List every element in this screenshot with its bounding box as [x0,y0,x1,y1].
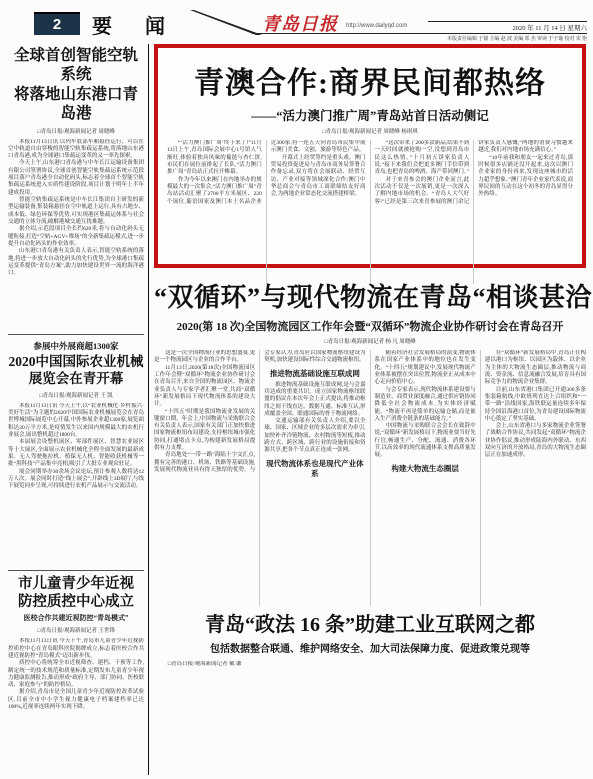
paragraph: 展会同期举办30余场会议论坛,预计参观人数将达12万人次。展会同时打造“线上展会… [8,469,144,491]
paragraph: 在“双循环”新发展格局中,青岛正在构建以港口为枢纽、以园区为载体、以企业为主体的… [485,350,586,387]
logistics-body: 这是一次全国物流行业的思想盛宴,更是一个物流园区与企业的合作平台。11月13日,… [154,350,586,606]
myopia-body: 本报11月13日讯 今天下午,青岛市儿童青少年近视防控质控中心在青岛眼科医院揭牌… [8,638,144,754]
lead-article-subtitle: ——“活力澳门推广周”青岛站首日活动侧记 [167,106,573,124]
agri-expo-kicker: 参展中外展商超1300家 [8,340,144,352]
paragraph: 据介绍,青岛市是全国儿童青少年近视防控改革试验区,目前全市中小学生视力健康电子档… [8,689,144,711]
myopia-headline-line2: 防控质控中心成立 [8,593,144,611]
paragraph: 山东港口青岛港有关负责人表示,智能空轨系统的落地,将进一步放大自动化码头的先行优… [8,248,144,277]
agri-expo-body: 本报11月13日讯 今天上午,以“农业机械化·乡村振兴·美好生活”为主题的202… [8,403,144,549]
paragraph: 推进物流基础设施互联成网,是与会嘉宾达成的重要共识。成立国家物流枢纽联盟的倡议在… [264,382,365,419]
lead-article-redbox: 青澳合作:商界民间都热络 ——“活力澳门推广周”青岛站首日活动侧记 □青岛日报/… [154,44,586,268]
paragraph: 11月13日,2020(第18次)全国物流园区工作年会暨“双循环”物流企业协作研… [154,365,255,409]
header-rule-main [252,33,587,34]
paragraph: 会上,山东省港口与多家物流企业签署了战略合作协议,共同发起“双循环”物流企业协作… [485,423,586,460]
skyrail-headline-line2: 将落地山东港口青岛港 [8,85,144,124]
left-article-myopia: 市儿童青少年近视 防控质控中心成立 医校合作共建近视防控“青岛模式” □青岛日报… [8,575,144,754]
section-subhead: 现代物流体系也是现代产业体系 [264,459,365,479]
paragraph: 随着经济社会发展格局的演变,物流体系在国家产业体系中的地位也在发生变化。“十四五… [375,350,476,387]
skyrail-headline-line1: 全球首创智能空轨系统 [8,46,144,85]
policy-article: 青岛“政法 16 条”助建工业互联网之都 包括数据整合联通、维护网络安全、加大司… [154,608,586,771]
left-column-rule-2 [8,570,144,571]
skyrail-byline: □青岛日报/观海新闻记者 周晓峰 [8,127,144,135]
policy-subtitle: 包括数据整合联通、维护网络安全、加大司法保障力度、促进政策兑现等 [154,640,586,655]
agri-expo-headline-line1: 2020中国国际农业机械 [8,354,144,371]
page-number: 2 [53,16,61,33]
header-editors-line: 本版责任编辑 于锚 主编 赵 波 美编 邓 杰 审读 于子璇 校对 宋 艳 [447,35,587,42]
left-article-agri-expo: 参展中外展商超1300家 2020中国国际农业机械 展览会在青开幕 □青岛日报/… [8,340,144,549]
paragraph: “10年前我和朋友一起来过青岛,那时候很多店铺还没开起来,这次以澳门企业家的身份… [478,155,573,199]
lead-article-byline: □青岛日报/观海新闻记者 周晓峰 杨琪琪 [167,127,573,135]
paragraph: 质控中心将统筹全市近视筛查、建档、干预等工作,制定统一的技术规范和质量标准,定期… [8,660,144,689]
skyrail-body: 本报11月13日讯 以列车底部车厢悬挂运行、可以在空中轨道自由穿梭的智能空轨集疏… [8,139,144,351]
left-article-skyrail: 全球首创智能空轨系统 将落地山东港口青岛港 □青岛日报/观海新闻记者 周晓峰 本… [8,46,144,351]
policy-headline: 青岛“政法 16 条”助建工业互联网之都 [154,608,586,637]
paragraph: 本届展会设整机展区、零部件展区、智慧农业展区等十大展区,全面展示农业机械化全程全… [8,439,144,468]
lead-article-headline: 青澳合作:商界民间都热络 [167,58,573,102]
myopia-byline: □青岛日报/观海新闻记者 王世锋 [8,626,144,634]
header-date: 2020 年 11 月 14 日 星期六 [512,23,587,32]
policy-body: □青岛日报/观海新闻记者 戴 谦 [154,661,586,771]
agri-expo-byline: □青岛日报/观海新闻记者 王 凯 [8,391,144,399]
paragraph: 据介绍,示范段项目全长约620米,将与自动化码头无缝衔接,打造“空轨+AGV+堆… [8,226,144,248]
section-title: 要 闻 [92,10,179,39]
myopia-subtitle: 医校合作共建近视防控“青岛模式” [8,613,144,623]
page-number-box: 2 [34,12,80,35]
logistics-headline: “双循环”与现代物流在青岛“相谈甚洽” [154,277,586,314]
section-subhead: 构建大物流生态圈层 [375,464,476,474]
agri-expo-headline: 2020中国国际农业机械 展览会在青开幕 [8,354,144,388]
logistics-byline: □青岛日报/观海新闻记者 杨 凡 周晓峰 [154,337,586,345]
paragraph: 本报11月13日讯 今天下午,青岛市儿童青少年近视防控质控中心在青岛眼科医院揭牌… [8,638,144,660]
lead-article: 青澳合作:商界民间都热络 ——“活力澳门推广周”青岛站首日活动侧记 □青岛日报/… [158,48,582,284]
paragraph: “‘活力澳门推广周’终于来了!”11月13日上午,青岛国际会展中心1号馆人气渐旺… [167,140,262,177]
paragraph: 与会专家表示,现代物流体系建设要与制造业、商贸业深度融合,通过供应链协同降低全社… [375,387,476,424]
lead-article-body: “‘活力澳门推广周’终于来了!”11月13日上午,青岛国际会展中心1号馆人气渐旺… [167,140,573,284]
paragraph: 今天上午,山东港口青岛港与中车长江运输设备集团有限公司签署协议,全球首创智能空轨… [8,160,144,197]
masthead-url: http://www.dailyqd.com [346,23,407,29]
paragraph: 智能空轨集疏运系统是中车长江集团自主研发的新型运输装备,集装箱悬挂在空中轨道上运… [8,197,144,226]
logistics-article: “双循环”与现代物流在青岛“相谈甚洽” 2020(第 18 次)全国物流园区工作… [154,277,586,606]
myopia-headline: 市儿童青少年近视 防控质控中心成立 [8,575,144,611]
paragraph: 本报11月13日讯 以列车底部车厢悬挂运行、可以在空中轨道自由穿梭的智能空轨集疏… [8,139,144,161]
agri-expo-headline-line2: 展览会在青开幕 [8,371,144,388]
skyrail-headline: 全球首创智能空轨系统 将落地山东港口青岛港 [8,46,144,124]
logistics-subtitle: 2020(第 18 次)全国物流园区工作年会暨“双循环”物流企业协作研讨会在青岛… [154,318,586,334]
paragraph: 交通运输部有关负责人介绍,要以全球、国家、区域企业的多层次需求为牵引,加快补齐冷… [264,418,365,455]
myopia-headline-line1: 市儿童青少年近视 [8,575,144,593]
left-column-rule-1 [8,334,144,335]
newspaper-page: { "header": { "page_number": "2", "secti… [0,0,593,779]
paragraph: “这次带来了200多款新品,结果不到一天时间就被抢购一空,没想到青岛市民这么热情… [375,140,470,177]
paragraph: “十四五”时期是我国物流业发展的关键窗口期。年会上,中国物流与采购联合会有关负责… [154,409,255,453]
left-column-divider [148,44,149,775]
header-rule-right [428,21,587,22]
paragraph: 这是一次全国物流行业的思想盛宴,更是一个物流园区与企业的合作平台。 [154,350,255,365]
paragraph: 中国物流与采购联合会会长在致辞中说,“双循环”新发展格局下,物流业要当好先行官,… [375,423,476,460]
paragraph: 本报11月13日讯 今天上午,以“农业机械化·乡村振兴·美好生活”为主题的202… [8,403,144,440]
paragraph: 开幕式上经贸签约是重头戏。澳门贸易投资促进局与青岛市商务局签署合作备忘录,双方将… [271,155,366,199]
paragraph: 目前,山东省港口集团已开通300多条集装箱航线,中欧班列直达上合组织和“一带一路… [485,387,586,424]
policy-byline: □青岛日报/观海新闻记者 戴 谦 [154,661,255,668]
section-subhead: 推进物流基础设施互联成网 [264,369,365,379]
